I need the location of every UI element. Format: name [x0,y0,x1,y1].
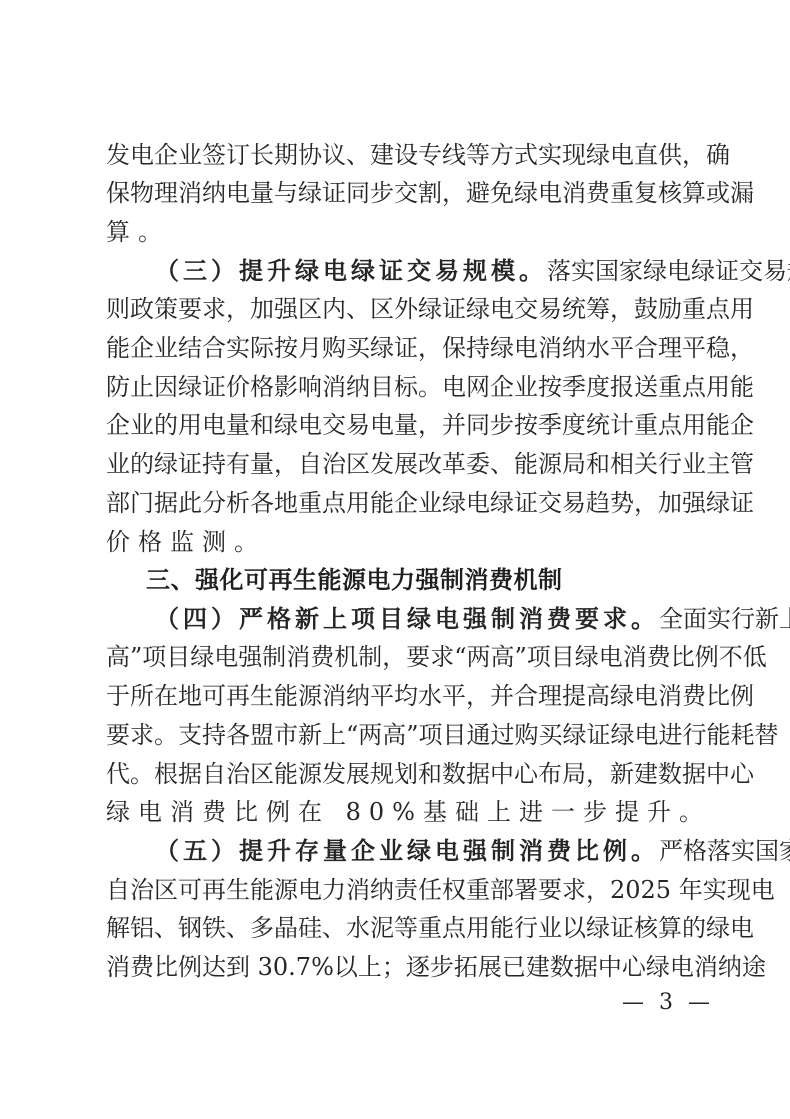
paragraph-first-line: （三）提升绿电绿证交易规模。落实国家绿电绿证交易规 [155,252,688,290]
body-text-line: 价格监测。 [106,523,688,561]
sub-heading-5: （五）提升存量企业绿电强制消费比例。 [155,836,659,865]
section-heading: 三、强化可再生能源电力强制消费机制 [146,561,563,599]
paragraph-first-line: （四）严格新上项目绿电强制消费要求。全面实行新上“两 [155,600,688,638]
body-text-line: 自治区可再生能源电力消纳责任权重部署要求，2025 年实现电 [106,871,688,909]
page-number: — 3 — [622,988,714,1018]
body-text-line: 于所在地可再生能源消纳平均水平，并合理提高绿电消费比例 [106,677,688,715]
body-text-line: 消费比例达到 30.7%以上；逐步拓展已建数据中心绿电消纳途 [106,948,688,986]
body-text-line: 防止因绿证价格影响消纳目标。电网企业按季度报送重点用能 [106,368,688,406]
body-text-line: 要求。支持各盟市新上“两高”项目通过购买绿证绿电进行能耗替 [106,716,688,754]
body-text-line: 企业的用电量和绿电交易电量，并同步按季度统计重点用能企 [106,406,688,444]
sub-heading-4: （四）严格新上项目绿电强制消费要求。 [155,604,659,633]
body-text-line: 解铝、钢铁、多晶硅、水泥等重点用能行业以绿证核算的绿电 [106,909,688,947]
body-text: 严格落实国家和 [659,837,790,865]
body-text-line: 发电企业签订长期协议、建设专线等方式实现绿电直供，确 [106,136,688,174]
body-text-line: 绿电消费比例在 80%基础上进一步提升。 [106,793,688,831]
document-page: 发电企业签订长期协议、建设专线等方式实现绿电直供，确 保物理消纳电量与绿证同步交… [0,0,790,1119]
body-text: 落实国家绿电绿证交易规 [547,257,790,285]
body-text-line: 保物理消纳电量与绿证同步交割，避免绿电消费重复核算或漏 [106,174,688,212]
body-text: 全面实行新上“两 [659,605,790,633]
body-text-line: 代。根据自治区能源发展规划和数据中心布局，新建数据中心 [106,755,688,793]
sub-heading-3: （三）提升绿电绿证交易规模。 [155,256,547,285]
body-text-line: 业的绿证持有量，自治区发展改革委、能源局和相关行业主管 [106,445,688,483]
body-text-line: 则政策要求，加强区内、区外绿证绿电交易统筹，鼓励重点用 [106,290,688,328]
body-text-line: 算。 [106,213,688,251]
body-text-line: 能企业结合实际按月购买绿证，保持绿电消纳水平合理平稳， [106,329,688,367]
paragraph-first-line: （五）提升存量企业绿电强制消费比例。严格落实国家和 [155,832,688,870]
body-text-line: 部门据此分析各地重点用能企业绿电绿证交易趋势，加强绿证 [106,484,688,522]
body-text-line: 高”项目绿电强制消费机制，要求“两高”项目绿电消费比例不低 [106,638,688,676]
